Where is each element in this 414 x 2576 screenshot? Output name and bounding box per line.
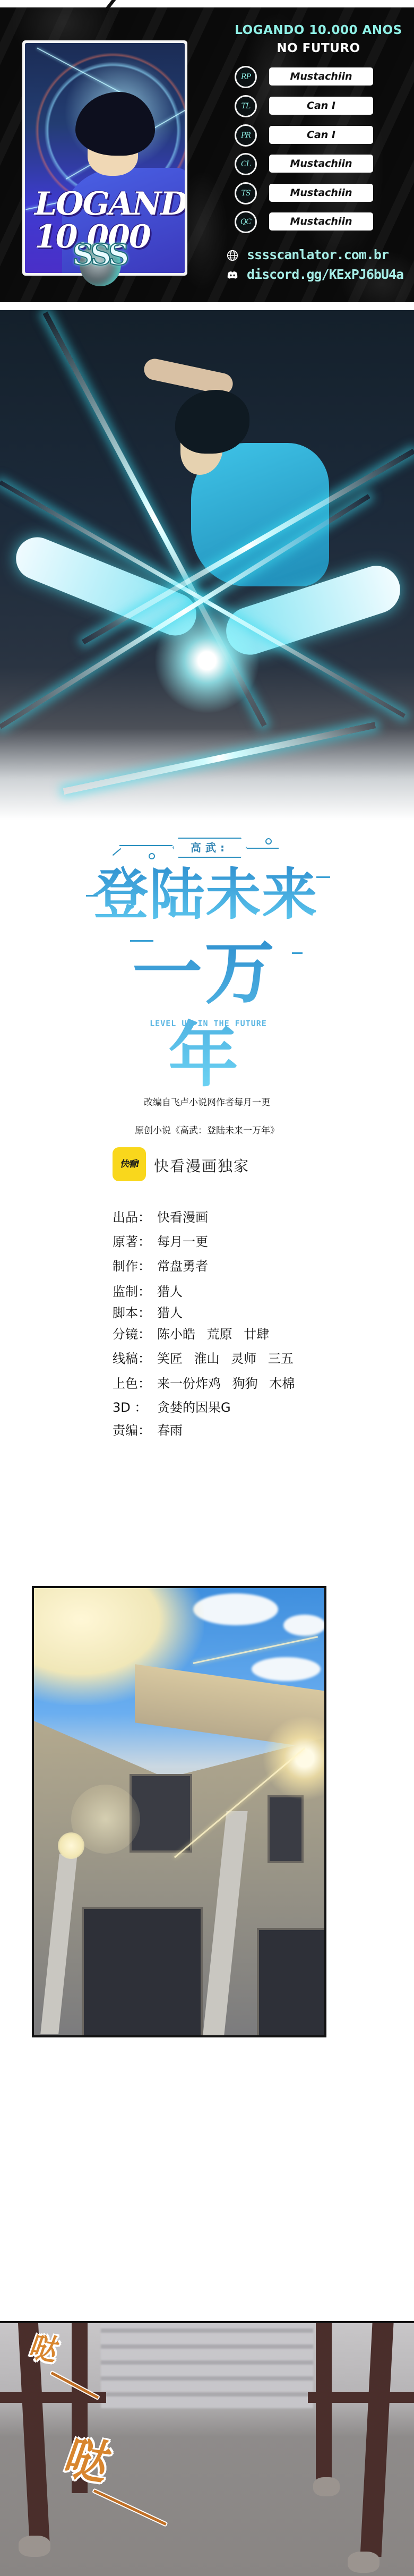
post-base	[19, 2536, 50, 2557]
globe-icon	[227, 250, 238, 261]
building-scene-panel	[32, 1586, 326, 2037]
post-base	[348, 2552, 379, 2573]
staff-row-cl: CL Mustachiin	[234, 155, 373, 174]
credit-line: 脚本：猎人	[113, 1305, 183, 1321]
staff-row-pr: PR Can I	[234, 126, 373, 145]
staff-row-ts: TS Mustachiin	[234, 184, 373, 203]
publisher-exclusive-label: 快看漫画独家	[154, 1155, 249, 1176]
staff-name: Can I	[269, 126, 373, 144]
building-doorway	[257, 1928, 326, 2037]
lightning-bolt	[63, 722, 376, 794]
sfx-motion-streak	[92, 2488, 168, 2527]
scanlator-group-logo: SSS	[63, 233, 137, 286]
role-badge: QC	[235, 211, 257, 233]
building-doorway	[82, 1907, 203, 2037]
brick-wall	[101, 2323, 313, 2408]
logo-circuit-line	[247, 848, 279, 849]
role-badge: RP	[235, 66, 257, 88]
logo-circuit-node	[149, 853, 155, 859]
lens-flare-orb	[58, 1832, 84, 1859]
logo-text: SSS	[63, 237, 137, 271]
role-badge: TS	[235, 182, 257, 204]
staff-row-qc: QC Mustachiin	[234, 212, 373, 232]
discord-icon	[227, 269, 238, 281]
scanlation-credits-panel: LOGANDO 10.000 SSS LOGANDO 10.000 ANOS N…	[0, 7, 414, 302]
credit-line: 制作：常盘勇者	[113, 1258, 208, 1274]
logo-circuit-line	[119, 845, 172, 846]
logo-decor-tick	[316, 876, 330, 878]
logo-english-subtitle: LEVEL UP IN THE FUTURE	[133, 1019, 284, 1028]
staff-name: Mustachiin	[269, 184, 373, 202]
cloud	[193, 1593, 278, 1625]
role-badge: PR	[235, 124, 257, 147]
staff-name: Can I	[269, 97, 373, 115]
courtyard-scene-panel: 哒 哒	[0, 2321, 414, 2576]
staff-name: Mustachiin	[269, 155, 373, 173]
credit-line: 责编：春雨	[113, 1422, 183, 1438]
adaptation-note-line1: 改编自飞卢小说网作者每月一更	[80, 1095, 334, 1108]
logo-decor-tick	[292, 952, 303, 954]
staff-row-rp: RP Mustachiin	[234, 67, 373, 87]
action-scene-panel	[0, 310, 414, 820]
cover-character-hair	[75, 92, 155, 156]
staff-name: Mustachiin	[269, 212, 373, 231]
character-hair	[175, 390, 249, 454]
building-window	[268, 1795, 304, 1863]
adaptation-note-line2: 原创小说《高武：登陆未来一万年》	[80, 1123, 334, 1136]
staff-row-tl: TL Can I	[234, 97, 373, 116]
credit-line: 3D ：贪婪的因果G	[113, 1400, 231, 1415]
logo-decor-tick	[86, 895, 98, 897]
credit-line: 出品：快看漫画	[113, 1209, 208, 1225]
role-badge: TL	[235, 95, 257, 117]
logo-circuit-line	[113, 848, 122, 856]
website-url[interactable]: sssscanlator.com.br	[247, 247, 389, 262]
discord-url[interactable]: discord.gg/KExPJ6bU4a	[247, 267, 403, 282]
logo-badge: 高武:	[172, 838, 247, 858]
wooden-post	[360, 2323, 393, 2557]
cloud	[283, 1615, 326, 1636]
series-title-line2: NO FUTURO	[223, 40, 414, 56]
credit-line: 原著：每月一更	[113, 1234, 208, 1250]
logo-title-line2: 一万年	[98, 932, 310, 1097]
series-title: LOGANDO 10.000 ANOS NO FUTURO	[223, 22, 414, 56]
kuaikan-logo: 快看!	[113, 1147, 146, 1181]
logo-title-line1: 登陆未来	[88, 861, 324, 927]
logo-circuit-node	[265, 838, 272, 845]
post-base	[313, 2477, 340, 2496]
credit-line: 线稿：笑匠 淮山 灵师 三五	[113, 1351, 294, 1367]
wooden-post	[316, 2323, 332, 2483]
series-title-line1: LOGANDO 10.000 ANOS	[223, 22, 414, 38]
staff-name: Mustachiin	[269, 67, 373, 86]
cloud	[252, 1657, 321, 1681]
logo-decor-tick	[130, 940, 153, 942]
impact-flash	[154, 608, 260, 714]
footstep-sound-effect: 哒	[56, 2421, 123, 2493]
credit-line: 上色：来一份炸鸡 狗狗 木棉	[113, 1376, 295, 1392]
role-badge: CL	[235, 153, 257, 175]
credit-line: 监制：猎人	[113, 1284, 183, 1300]
credit-line: 分镜：陈小皓 荒原 廿肆	[113, 1326, 269, 1342]
